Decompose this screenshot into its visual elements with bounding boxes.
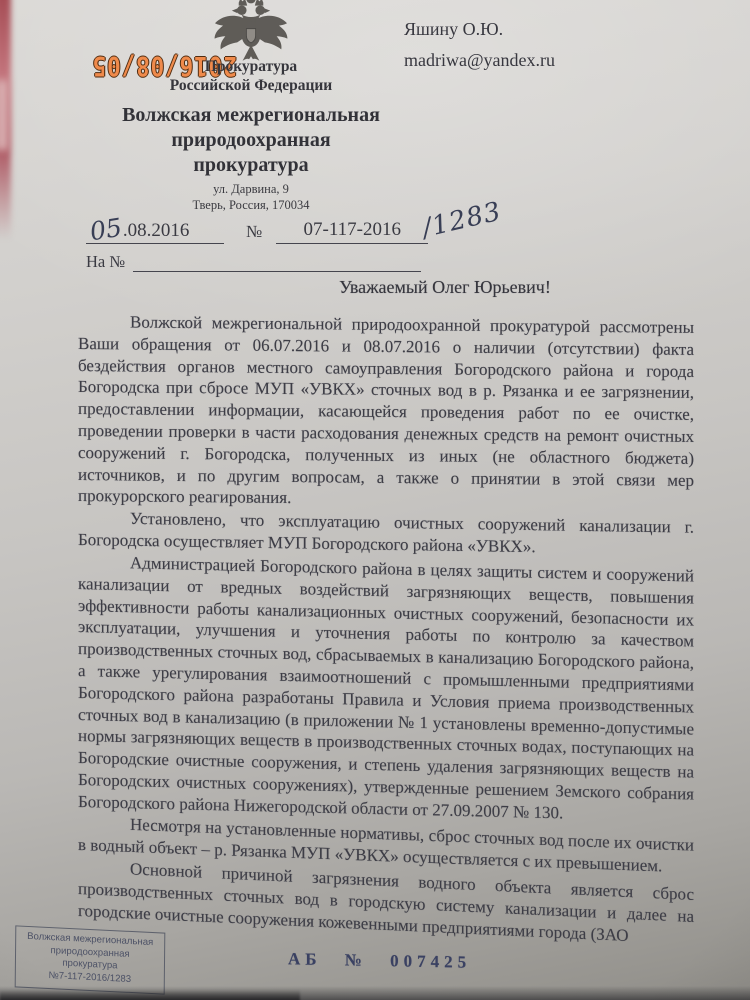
- outgoing-reference-line: 05 .08.2016 № 07-117-2016 /1283: [86, 214, 504, 244]
- org-name-line2: природоохранная: [80, 128, 422, 153]
- body-paragraph: Администрацией Богородского района в цел…: [78, 551, 694, 827]
- org-address-line2: Тверь, Россия, 170034: [95, 198, 407, 214]
- addressee-block: Яшину О.Ю. madriwa@yandex.ru: [404, 14, 555, 76]
- incoming-reference-line: На №: [86, 252, 421, 272]
- photo-of-document: 2016/08/05 Прокуратура Российской Федера…: [0, 0, 750, 1000]
- registry-stamp: Волжская межрегиональная природоохранная…: [15, 925, 166, 994]
- outgoing-date-handwritten: 05: [88, 213, 124, 247]
- outgoing-number-handwritten: /1283: [420, 197, 505, 244]
- org-top-line1: Прокуратура: [95, 57, 407, 76]
- body-paragraph: Волжской межрегиональной природоохранной…: [78, 311, 694, 513]
- addressee-name: Яшину О.Ю.: [404, 14, 555, 45]
- outgoing-date-field: 05 .08.2016: [86, 215, 224, 244]
- org-name-line1: Волжская межрегиональная: [80, 103, 422, 128]
- outgoing-date-printed: .08.2016: [123, 220, 190, 242]
- salutation: Уважаемый Олег Юрьевич!: [255, 277, 635, 298]
- outgoing-number-printed: 07-117-2016: [304, 219, 401, 241]
- letter-body: Волжской межрегиональной природоохранной…: [78, 311, 694, 921]
- background-left-spot: [0, 80, 8, 150]
- incoming-reference-blank: [133, 252, 421, 272]
- form-serial-number: АБ № 007425: [288, 949, 471, 973]
- org-address-line1: ул. Дарвина, 9: [95, 182, 407, 198]
- addressee-email: madriwa@yandex.ru: [404, 45, 555, 76]
- photo-bottom-shadow-left: [0, 990, 300, 1000]
- org-top-line2: Российской Федерации: [95, 76, 407, 95]
- reply-label: На №: [86, 252, 125, 272]
- number-sign: №: [246, 222, 262, 242]
- prosecutor-office-header: Прокуратура Российской Федерации: [95, 57, 407, 95]
- org-name-line3: прокуратура: [80, 153, 422, 178]
- outgoing-number-field: 07-117-2016: [276, 219, 428, 244]
- org-address: ул. Дарвина, 9 Тверь, Россия, 170034: [95, 182, 407, 213]
- org-name: Волжская межрегиональная природоохранная…: [80, 103, 422, 178]
